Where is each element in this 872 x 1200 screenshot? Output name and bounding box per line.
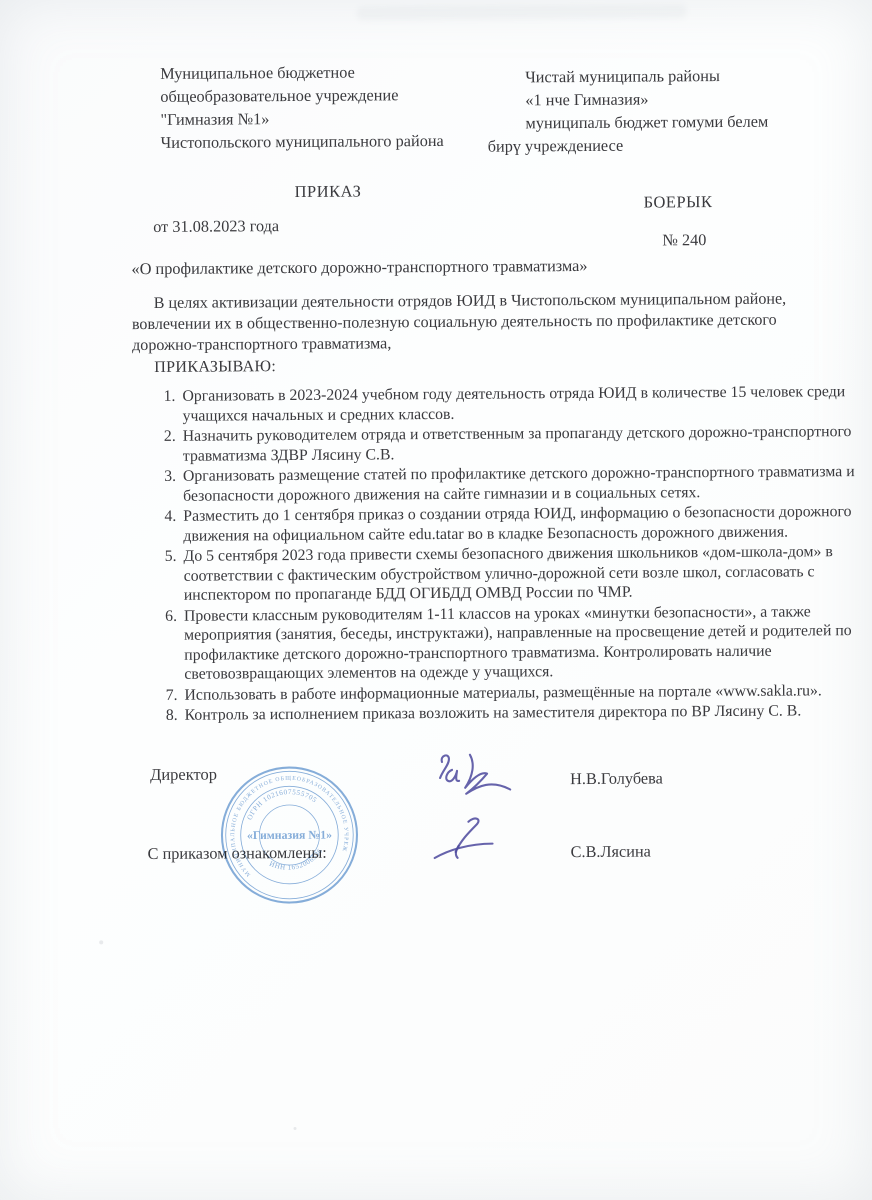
order-date: от 31.08.2023 года — [153, 215, 279, 237]
order-number: № 240 — [662, 229, 706, 250]
order-subject: «О профилактике детского дорожно-транспо… — [131, 254, 771, 279]
stamp-inn-text: ИНН 1652006536 — [266, 846, 327, 878]
stamp-ring-group: МУНИЦИПАЛЬНОЕ БЮДЖЕТНОЕ ОБЩЕОБРАЗОВАТЕЛЬ… — [214, 760, 356, 891]
org-left-line: Муниципальное бюджетное — [160, 59, 510, 84]
official-round-stamp: МУНИЦИПАЛЬНОЕ БЮДЖЕТНОЕ ОБЩЕОБРАЗОВАТЕЛЬ… — [214, 760, 365, 911]
org-right-line: Чистай муниципаль районы — [487, 63, 837, 88]
org-name-tatar: Чистай муниципаль районы «1 нче Гимназия… — [487, 63, 838, 157]
scan-artifact — [357, 4, 687, 20]
acknowledged-name: С.В.Лясина — [571, 841, 651, 863]
resolve-word: ПРИКАЗЫВАЮ: — [132, 352, 832, 378]
org-right-line: бирү учреждениесе — [488, 132, 838, 157]
scan-speck — [99, 940, 103, 944]
order-item: Провести классным руководителям 1-11 кла… — [181, 601, 872, 684]
org-right-line: «1 нче Гимназия» — [487, 86, 837, 111]
order-title-tatar: БОЕРЫК — [618, 191, 738, 213]
org-left-line: "Гимназия №1» — [160, 105, 510, 130]
org-right-line: муниципаль бюджет гомуми белем — [487, 109, 837, 134]
director-name: Н.В.Голубева — [570, 767, 663, 789]
scanned-order-document: Муниципальное бюджетное общеобразователь… — [0, 0, 872, 1200]
director-signature-ink — [430, 751, 514, 808]
org-name-russian: Муниципальное бюджетное общеобразователь… — [160, 59, 511, 153]
scan-speck — [294, 1127, 297, 1130]
org-left-line: общеобразовательное учреждение — [160, 82, 510, 107]
stamp-center-text: «Гимназия №1» — [247, 827, 332, 842]
order-item: Назначить руководителем отряда и ответст… — [180, 422, 872, 466]
director-label: Директор — [150, 764, 217, 785]
org-left-line: Чистопольского муниципального района — [161, 128, 511, 153]
document-content: Муниципальное бюджетное общеобразователь… — [0, 0, 872, 1200]
preamble-text: В целях активизации деятельности отрядов… — [132, 288, 832, 356]
order-item: Контроль за исполнением приказа возложит… — [182, 701, 872, 725]
order-item: Разместить до 1 сентября приказ о создан… — [180, 502, 872, 546]
order-item: Организовать в 2023-2024 учебном году де… — [179, 382, 872, 426]
preamble-block: В целях активизации деятельности отрядов… — [132, 288, 833, 378]
order-item: Организовать размещение статей по профил… — [180, 462, 872, 506]
order-items-list: Организовать в 2023-2024 учебном году де… — [132, 382, 872, 727]
acknowledged-signature-ink — [428, 814, 498, 866]
order-item: До 5 сентября 2023 года привести схемы б… — [180, 542, 872, 605]
stamp-ogrn-text: ОГРН 1021607555705 — [241, 780, 320, 823]
order-title-russian: ПРИКАЗ — [268, 180, 388, 202]
